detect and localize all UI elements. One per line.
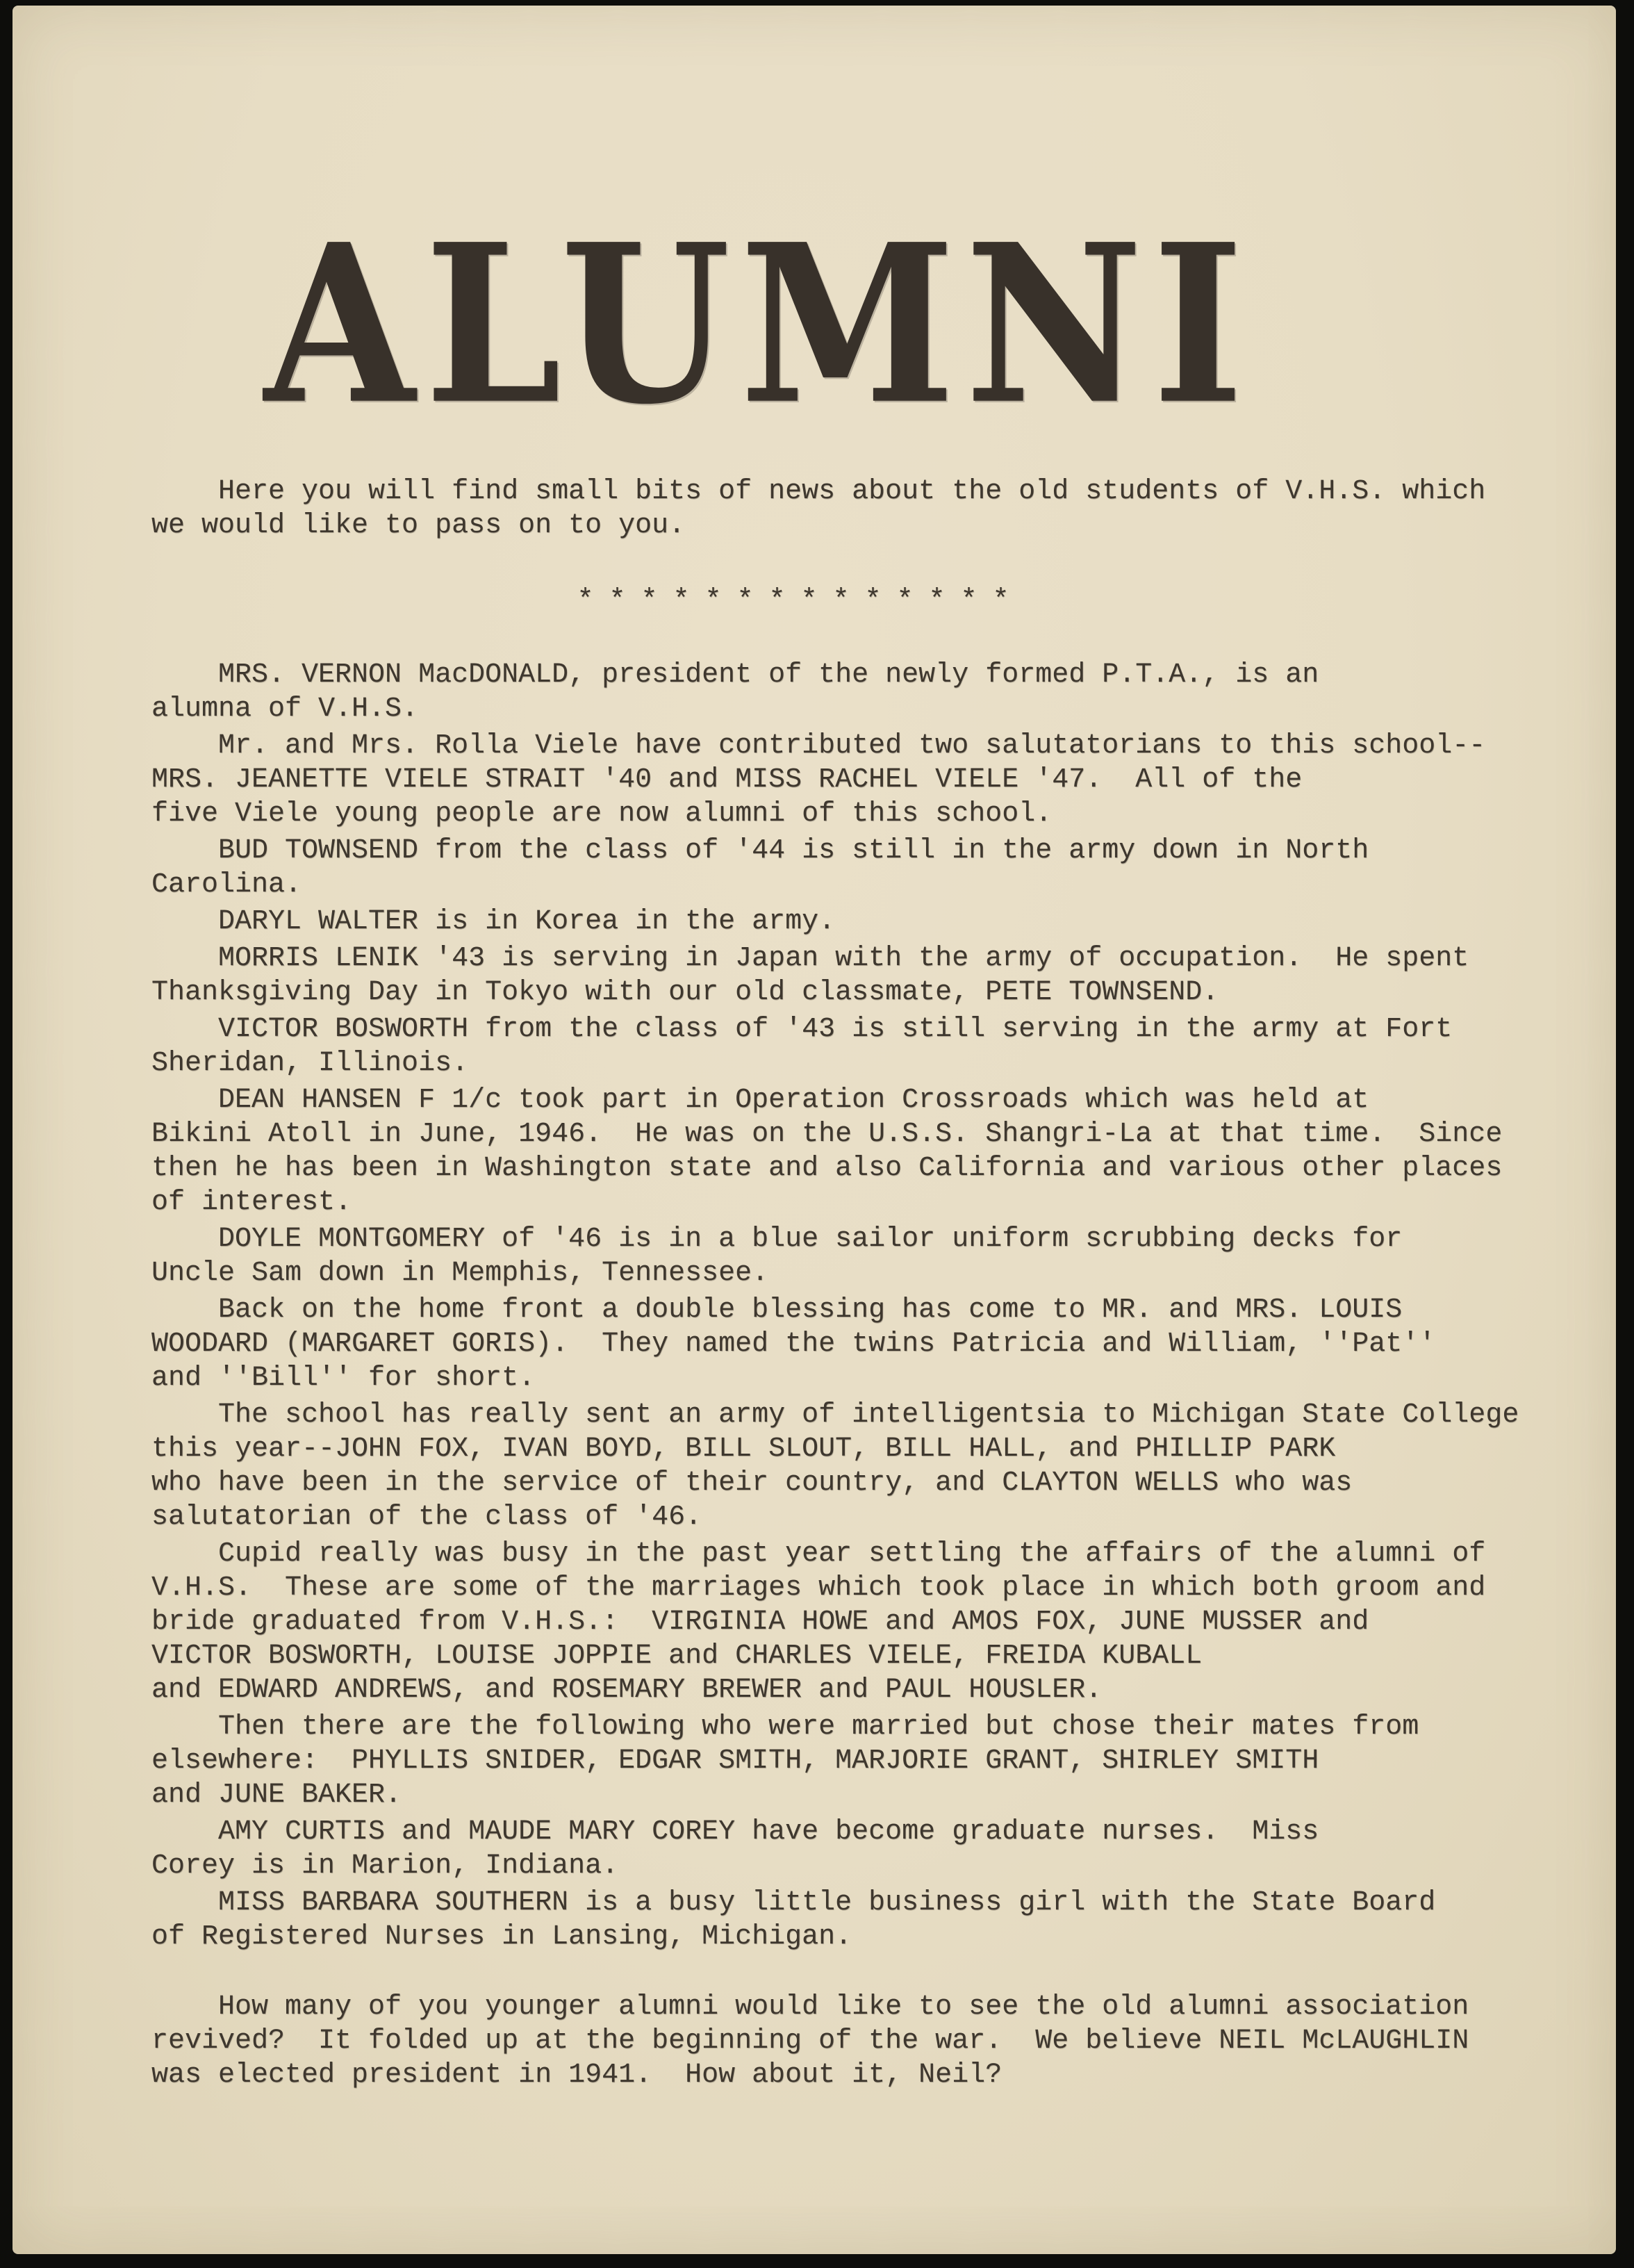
- closing-paragraph: How many of you younger alumni would lik…: [151, 1990, 1505, 2092]
- alumni-note: DEAN HANSEN F 1/c took part in Operation…: [151, 1083, 1505, 1219]
- alumni-note: Back on the home front a double blessing…: [151, 1293, 1505, 1395]
- alumni-note: MRS. VERNON MacDONALD, president of the …: [151, 658, 1505, 726]
- alumni-note: Then there are the following who were ma…: [151, 1710, 1505, 1812]
- alumni-note: MISS BARBARA SOUTHERN is a busy little b…: [151, 1886, 1505, 1954]
- page-content: ALUMNI Here you will find small bits of …: [13, 6, 1616, 2092]
- alumni-note: DARYL WALTER is in Korea in the army.: [151, 905, 1505, 939]
- alumni-notes: MRS. VERNON MacDONALD, president of the …: [151, 658, 1505, 1954]
- alumni-note: The school has really sent an army of in…: [151, 1398, 1505, 1534]
- alumni-note: AMY CURTIS and MAUDE MARY COREY have bec…: [151, 1815, 1505, 1883]
- scan-border: ALUMNI Here you will find small bits of …: [0, 0, 1634, 2268]
- alumni-note: VICTOR BOSWORTH from the class of '43 is…: [151, 1012, 1505, 1080]
- alumni-note: BUD TOWNSEND from the class of '44 is st…: [151, 834, 1505, 902]
- alumni-note: MORRIS LENIK '43 is serving in Japan wit…: [151, 942, 1505, 1010]
- page-title: ALUMNI: [82, 216, 1435, 434]
- asterisk-divider: * * * * * * * * * * * * * *: [116, 584, 1469, 618]
- alumni-note: DOYLE MONTGOMERY of '46 is in a blue sai…: [151, 1222, 1505, 1290]
- alumni-note: Mr. and Mrs. Rolla Viele have contribute…: [151, 729, 1505, 831]
- yearbook-page: ALUMNI Here you will find small bits of …: [13, 6, 1616, 2254]
- intro-text: Here you will find small bits of news ab…: [151, 475, 1505, 543]
- alumni-note: Cupid really was busy in the past year s…: [151, 1537, 1505, 1707]
